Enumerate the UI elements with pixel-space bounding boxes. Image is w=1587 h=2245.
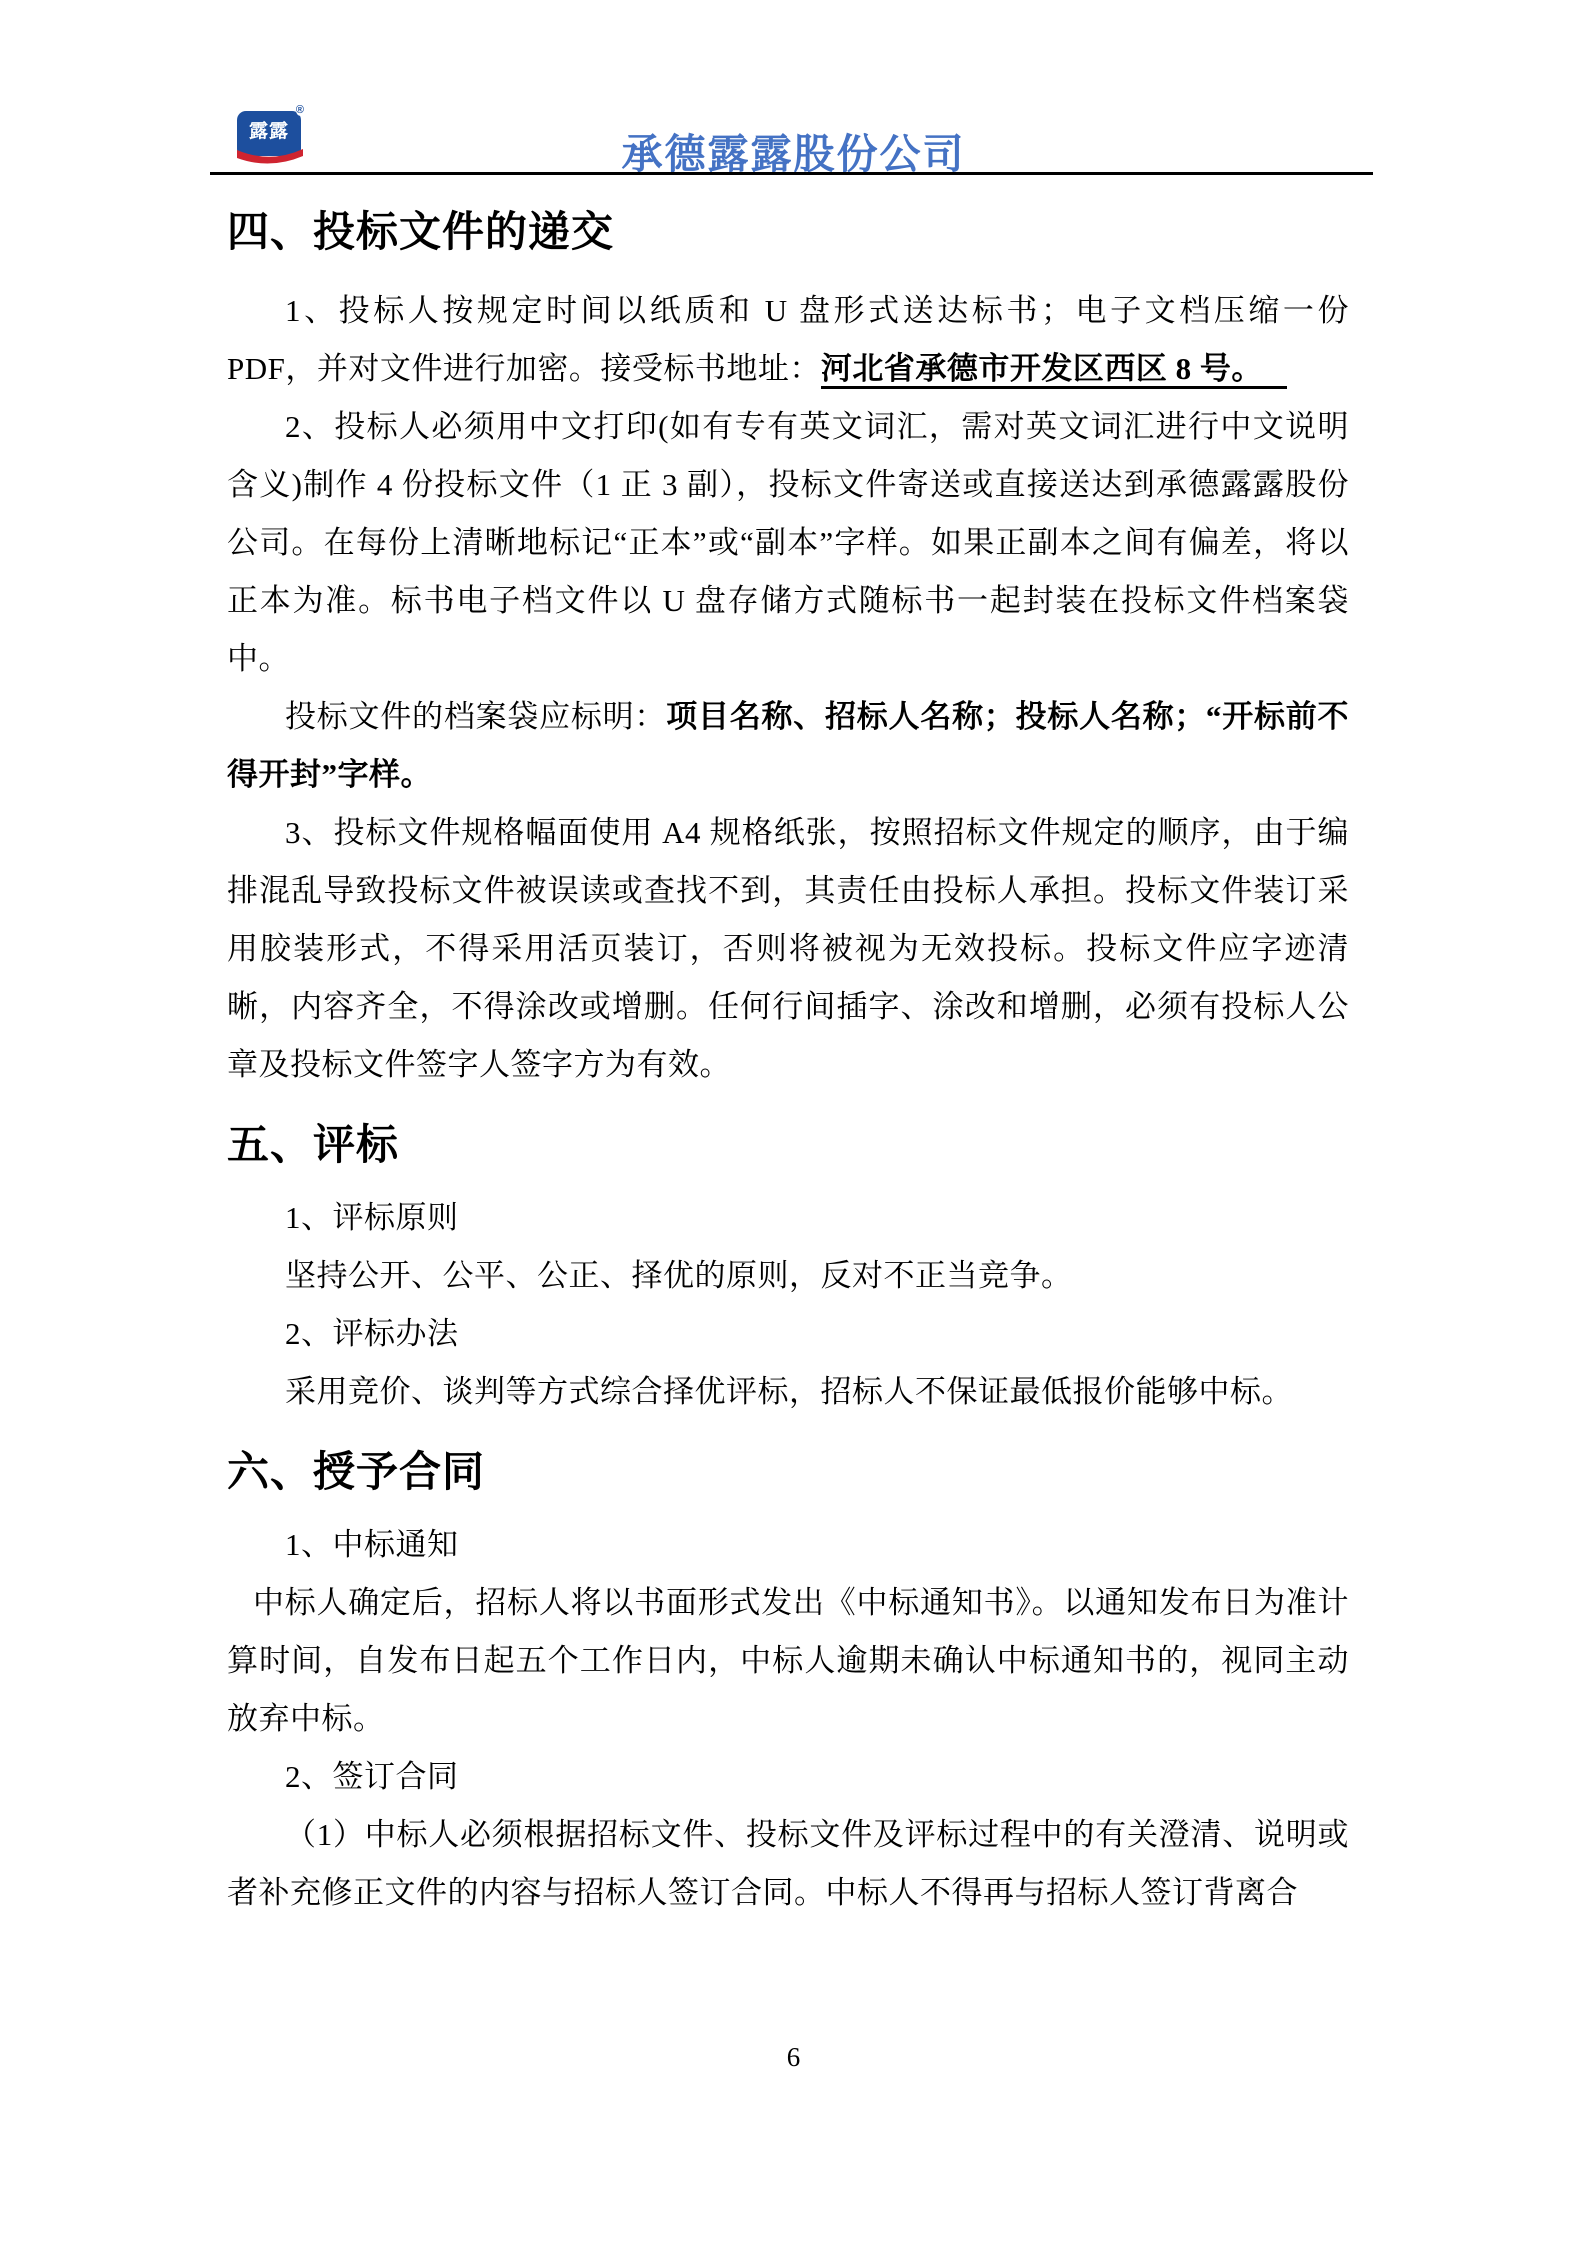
paragraph-sign-contract: （1）中标人必须根据招标文件、投标文件及评标过程中的有关澄清、说明或者补充修正文… (227, 1806, 1349, 1922)
paragraph-eval-method: 采用竞价、谈判等方式综合择优评标，招标人不保证最低报价能够中标。 (227, 1363, 1349, 1421)
paragraph-sign-contract-heading: 2、签订合同 (227, 1748, 1349, 1806)
paragraph-award-notice-heading: 1、中标通知 (227, 1516, 1349, 1574)
document-body: 四、投标文件的递交 1、投标人按规定时间以纸质和 U 盘形式送达标书；电子文档压… (227, 203, 1349, 1922)
section-title-6: 六、授予合同 (227, 1443, 1349, 1504)
paragraph-award-notice: 中标人确定后，招标人将以书面形式发出《中标通知书》。以通知发布日为准计算时间，自… (227, 1574, 1349, 1748)
section-title-4: 四、投标文件的递交 (227, 203, 1349, 264)
paragraph-archive-bag: 投标文件的档案袋应标明：项目名称、招标人名称；投标人名称；“开标前不得开封”字样… (227, 688, 1349, 804)
paragraph-eval-principle-heading: 1、评标原则 (227, 1189, 1349, 1247)
address-emphasis: 河北省承德市开发区西区 8 号。 (821, 351, 1287, 389)
document-page: 露露 ® 承德露露股份公司 四、投标文件的递交 1、投标人按规定时间以纸质和 U… (0, 0, 1587, 2245)
paragraph-submission-1: 1、投标人按规定时间以纸质和 U 盘形式送达标书；电子文档压缩一份 PDF，并对… (227, 282, 1349, 398)
registered-trademark-icon: ® (296, 105, 305, 116)
page-number: 6 (0, 2042, 1587, 2073)
paragraph-text: 投标文件的档案袋应标明： (285, 699, 666, 734)
paragraph-submission-2: 2、投标人必须用中文打印(如有专有英文词汇，需对英文词汇进行中文说明含义)制作 … (227, 398, 1349, 688)
paragraph-eval-principle: 坚持公开、公平、公正、择优的原则，反对不正当竞争。 (227, 1247, 1349, 1305)
paragraph-eval-method-heading: 2、评标办法 (227, 1305, 1349, 1363)
paragraph-submission-3: 3、投标文件规格幅面使用 A4 规格纸张，按照招标文件规定的顺序，由于编排混乱导… (227, 804, 1349, 1094)
header-divider (210, 172, 1373, 175)
section-title-5: 五、评标 (227, 1116, 1349, 1177)
